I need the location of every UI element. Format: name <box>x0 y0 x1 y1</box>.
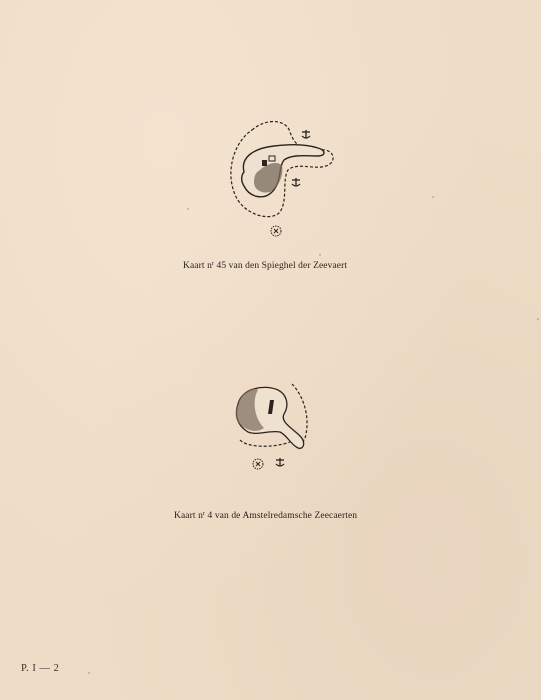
compass-rose-icon <box>271 226 281 236</box>
paper-speck <box>187 208 189 210</box>
coastline <box>242 145 324 197</box>
shoal-outline <box>240 440 290 446</box>
coastline-map-45 <box>222 112 352 242</box>
caption-map-45: Kaart nr 45 van den Spieghel der Zeevaer… <box>183 261 347 271</box>
document-page: Kaart nr 45 van den Spieghel der Zeevaer… <box>0 0 541 700</box>
caption-map-4: Kaart nr 4 van de Amstelredamsche Zeecae… <box>174 511 357 521</box>
coastline-map-4 <box>228 380 318 475</box>
page-number: P. I — 2 <box>21 663 59 674</box>
caption-prefix: Kaart n <box>183 261 212 271</box>
map-figure-45 <box>222 112 352 242</box>
paper-speck <box>319 254 321 256</box>
caption-suffix: 4 van de Amstelredamsche Zeecaerten <box>205 511 357 521</box>
paper-speck <box>88 672 90 674</box>
caption-suffix: 45 van den Spieghel der Zeevaert <box>214 261 347 271</box>
building-mark <box>262 160 267 166</box>
compass-rose-icon <box>253 459 263 469</box>
anchor-icon <box>302 130 310 138</box>
paper-speck <box>537 318 539 320</box>
map-figure-4 <box>228 380 318 475</box>
anchor-icon <box>292 178 300 186</box>
caption-prefix: Kaart n <box>174 511 203 521</box>
anchor-icon <box>276 458 284 466</box>
paper-speck <box>432 196 434 198</box>
